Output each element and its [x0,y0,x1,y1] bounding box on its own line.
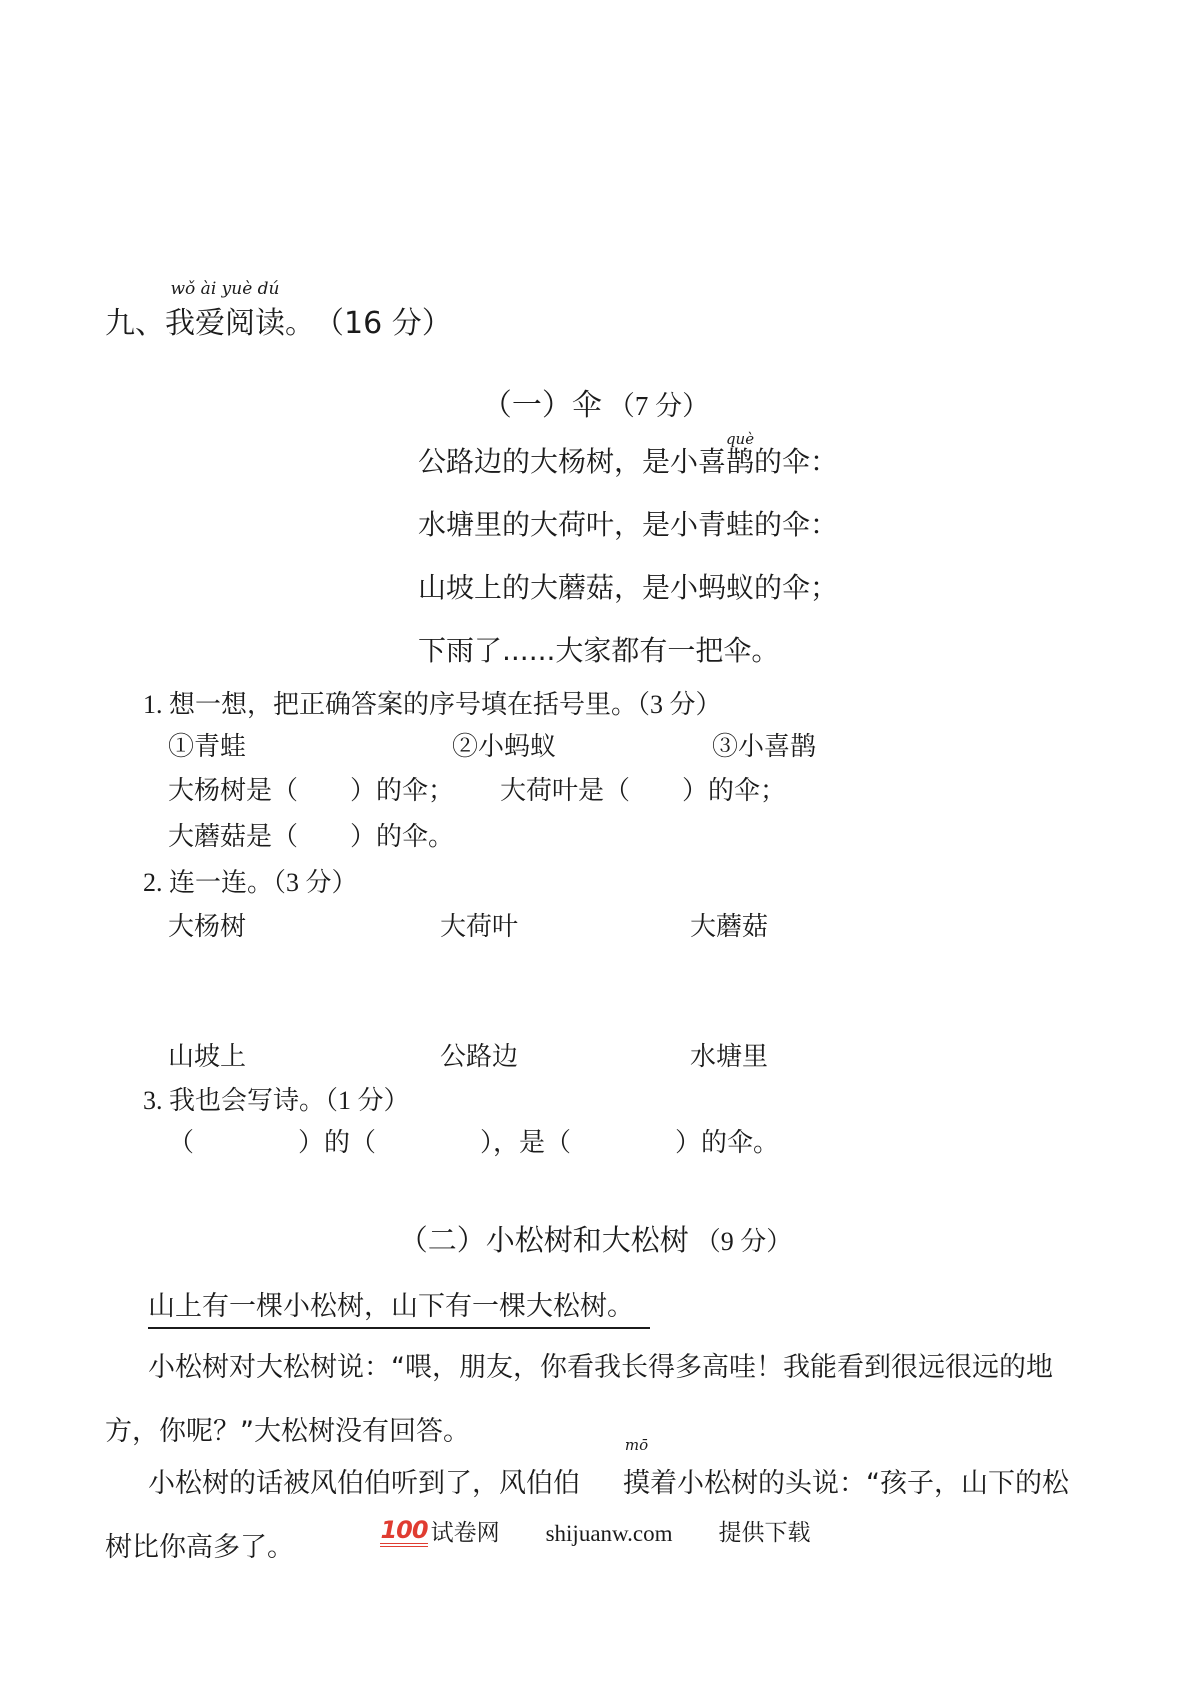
match-word-roadside: 公路边 [440,1036,518,1073]
footer-download-text: 提供下载 [719,1514,811,1547]
part-two-title: （二）小松树和大松树 [399,1223,689,1257]
story-para-1-text: 山上有一棵小松树，山下有一棵大松树。 [148,1284,650,1329]
poem-line-3: 山坡上的大蘑菇，是小蚂蚁的伞； [418,573,838,603]
story-char-mo: 摸 [623,1468,650,1499]
poem-umbrella: 公路边的大杨树，是小喜què鹊的伞： 水塘里的大荷叶，是小青蛙的伞： 山坡上的大… [418,447,838,699]
poem-line-1: 公路边的大杨树，是小喜què鹊的伞： [418,447,838,477]
exam-page: 九、wǒ ài yuè dú我爱阅读。（16 分） （一）伞（7 分） 公路边的… [0,0,1191,1684]
match-word-mushroom: 大蘑菇 [690,906,768,943]
story-para-3-pre: 小松树的话被风伯伯听到了，风伯伯 [148,1468,580,1499]
question-3-fill-line: （ ）的（ ），是（ ）的伞。 [168,1122,779,1159]
match-word-lotus: 大荷叶 [440,906,518,943]
section-title-period: 。 [285,306,315,341]
part-two-heading: （二）小松树和大松树（9 分） [0,1218,1191,1259]
pinyin-mo: mō [582,1438,648,1453]
footer: 100 试卷网 shijuanw.com 提供下载 [0,1514,1191,1547]
option-3-magpie: ③小喜鹊 [712,726,816,763]
question-2-stem: 2. 连一连。（3 分） [143,862,358,899]
section-score: （16 分） [329,306,452,341]
poem-line-4: 下雨了......大家都有一把伞。 [418,636,838,666]
part-one-heading: （一）伞（7 分） [0,380,1191,424]
poem-line-1-post: 的伞： [754,445,838,478]
story-ruby-mo: mō摸 [580,1452,650,1516]
fill-blank-lotus: 大荷叶是（ ）的伞； [500,770,786,807]
section-nine-header: 九、wǒ ài yuè dú我爱阅读。（16 分） [105,298,452,342]
section-title-pinyin: wǒ ài yuè dú [170,281,279,298]
part-one-title: （一）伞 [482,388,602,423]
poem-line-2: 水塘里的大荷叶，是小青蛙的伞： [418,510,838,540]
section-number: 九、 [105,306,165,341]
story-para-1: 山上有一棵小松树，山下有一棵大松树。 [148,1284,650,1329]
section-title-ruby: wǒ ài yuè dú我爱阅读 [165,298,285,342]
section-title: 我爱阅读 [165,306,285,341]
pinyin-que: què [726,432,754,447]
question-1-stem: 1. 想一想，把正确答案的序号填在括号里。（3 分） [143,684,722,721]
part-two-score: （9 分） [695,1227,793,1256]
fill-blank-poplar: 大杨树是（ ）的伞； [168,770,454,807]
match-word-hillside: 山坡上 [168,1036,246,1073]
option-2-ant: ②小蚂蚁 [452,726,556,763]
match-word-poplar: 大杨树 [168,906,246,943]
match-word-pond: 水塘里 [690,1036,768,1073]
option-1-frog: ①青蛙 [168,726,246,763]
footer-domain: shijuanw.com [546,1521,673,1547]
part-one-score: （7 分） [608,391,709,421]
poem-char-que: 鹊 [726,445,754,478]
poem-ruby-que: què鹊 [726,447,754,477]
fill-blank-mushroom: 大蘑菇是（ ）的伞。 [168,816,454,853]
poem-line-1-pre: 公路边的大杨树，是小喜 [418,445,726,478]
question-3-stem: 3. 我也会写诗。（1 分） [143,1080,410,1117]
logo-100-icon: 100 [380,1518,427,1547]
footer-site-name: 试卷网 [431,1514,500,1547]
footer-logo: 100 试卷网 [380,1514,499,1547]
